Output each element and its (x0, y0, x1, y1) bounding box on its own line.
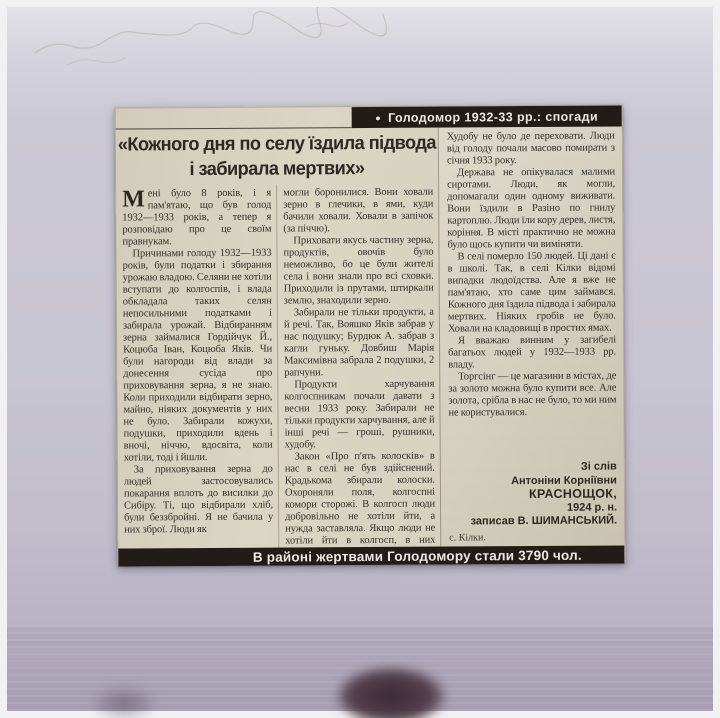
section-header-bar: ● Голодомор 1932-33 рр.: спогади (352, 105, 622, 128)
article-paragraph: Держава не опікувалася малими сиротами. … (447, 167, 616, 252)
article-column-2: могли боронилися. Вони ховали зерно в гл… (277, 184, 440, 548)
dark-object-left (91, 685, 157, 718)
headline-line-1: «Кожного дня по селу їздила підвода (118, 131, 436, 158)
bullet-icon: ● (375, 113, 381, 123)
dark-object (337, 667, 445, 718)
signature-village: с. Кілки. (449, 530, 617, 545)
signature-block: Зі слів Антоніни Корніївни КРАСНОЩОК, 19… (449, 454, 618, 544)
handwritten-note (7, 7, 567, 77)
signature-birthyear: 1924 р. н. (449, 501, 617, 516)
article-headline: «Кожного дня по селу їздила підвода і за… (122, 128, 431, 186)
article-paragraph: Худобу не було де переховати. Люди від г… (447, 131, 615, 168)
newspaper-clipping: ● Голодомор 1932-33 рр.: спогади «Кожног… (115, 104, 626, 566)
photo-background: ● Голодомор 1932-33 рр.: спогади «Кожног… (0, 0, 720, 718)
article-column-1: Мені було 8 років, і я пам'ятаю, що був … (116, 185, 279, 549)
article-left-section: «Кожного дня по селу їздила підвода і за… (116, 128, 441, 549)
signature-surname: КРАСНОЩОК, (449, 487, 617, 502)
section-header-label: Голодомор 1932-33 рр.: спогади (388, 109, 598, 124)
article-column-3: Худобу не було де переховати. Люди від г… (438, 126, 625, 546)
clipping-top-margin (116, 107, 352, 129)
article-paragraph: Забирали не тільки продукти, а й речі. Т… (284, 307, 434, 380)
headline-line-2: і забирала мертвих» (189, 156, 364, 182)
article-paragraph: Приховати якусь частину зерна, продуктів… (283, 235, 433, 308)
article-paragraph: Я вважаю винним у загибелі багатьох люде… (448, 334, 616, 371)
article-paragraph: Мені було 8 років, і я пам'ятаю, що був … (122, 188, 271, 249)
drop-cap: М (122, 188, 148, 210)
article-paragraph: За приховування зерна до людей застосову… (124, 464, 273, 537)
article-body: «Кожного дня по селу їздила підвода і за… (116, 126, 625, 548)
signature-recorder: записав В. ШИМАНСЬКИЙ. (449, 514, 617, 529)
article-paragraph: Причинами голоду 1932—1933 років, були п… (122, 248, 272, 465)
article-paragraph: Торгсінг — це магазини в містах, де за з… (448, 370, 616, 419)
text-columns: Мені було 8 років, і я пам'ятаю, що був … (116, 184, 440, 549)
footer-text: В районі жертвами Голодомору стали 3790 … (253, 547, 582, 564)
footer-bar: В районі жертвами Голодомору стали 3790 … (118, 545, 624, 566)
article-paragraph: могли боронилися. Вони ховали зерно в гл… (283, 187, 433, 236)
article-paragraph: Продукти харчування колгоспникам почали … (284, 379, 434, 452)
article-paragraph: В селі померло 150 людей. Ці дані є в шк… (447, 250, 616, 335)
article-paragraph: Закон «Про п'ять колосків» в нас в селі … (285, 451, 436, 548)
signature-line: Зі слів (449, 460, 617, 475)
